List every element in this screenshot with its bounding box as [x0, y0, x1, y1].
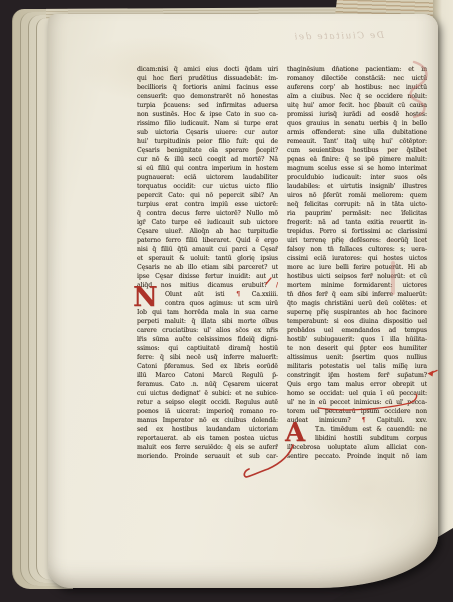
text-line: magnum scelus esse si se homo interimat [287, 164, 427, 173]
text-line: qui hoc fieri prudētius dissuadebāt: im- [137, 74, 278, 83]
text-line: illū Marco Catoni Marcū Regulū p̄- [137, 371, 278, 380]
text-line: promissi iurisq̄ iurādi ad eosdē hostes: [287, 110, 427, 119]
text-line: Cęsaris benignitate oīa sperare p̄cepit? [137, 146, 278, 155]
text-line: sed ex hostibus laudandam uictoriam [137, 425, 278, 434]
text-line: carere cruciatibus: ul' alios sc̄os ex n… [137, 326, 278, 335]
text-line: rissimo filio iudicauit. Nam si turpe er… [137, 119, 278, 128]
show-through-running-title: De Ciuitate dei [254, 31, 384, 43]
text-column-left: N dicam:nisi q̄ amici eius docti q̄dam u… [137, 65, 278, 461]
text-line: audeat inimicum? ¶ Capitulū. xxv. [287, 416, 427, 425]
text-line: auferens corp' ab hostibus: nec inuictū [287, 83, 427, 92]
text-line: temperabunt: si eos diuina dispositio ue… [287, 317, 427, 326]
text-line: tn̄ dn̄os ferr̄ q̄ eam sibi inferre malu… [287, 290, 427, 299]
text-line: militaris potestatis uel talis milīę iur… [287, 362, 427, 371]
text-line: pęnas eā finire: q̄ se ipē pimere maluit… [287, 155, 427, 164]
text-line: fregerit: nā ad tanta exitia reuertit in… [287, 218, 427, 227]
text-line: turpius erat contra impiū esse uictorē: [137, 200, 278, 209]
text-line: Catoni p̄feramus. Sed ex libris eorūdē [137, 362, 278, 371]
text-line: ul' ne in eū peccet inimicus: cū ul' pec… [287, 398, 427, 407]
text-line: uitę hui' amor fecit. hoc p̄bauit cū cau… [287, 101, 427, 110]
text-line: ferre: q̄ sibi necē usq̄ inferre maluerī… [137, 353, 278, 362]
text-line: poenos iā uicerat: imperioq̄ romano ro- [137, 407, 278, 416]
text-line: trepidus. Porro si fortissimi ac clariss… [287, 227, 427, 236]
text-line: paterno ferro filiū liberaret. Quid ē er… [137, 236, 278, 245]
text-line: Iob qui tam horrēda mala in sua carne [137, 308, 278, 317]
text-line: thaginēsium dn̄atione pacientiam: et in [287, 65, 427, 74]
text-line: nisi q̄ filiū q̄tū amauit cui parci a Cę… [137, 245, 278, 254]
text-line: quos grauius in senatu uerbis q̄ in bell… [287, 119, 427, 128]
text-line: aliq̄d nos mitius dicamus erubuit? / [137, 281, 278, 290]
text-column-right: A thaginēsium dn̄atione pacientiam: et i… [287, 65, 427, 461]
text-line: sub uictoria Cęsaris uiuere: cur autor [137, 128, 278, 137]
text-line: cur nō & illū secū coegit ad mortē? Nā [137, 155, 278, 164]
text-line: sentire peccato. Proinde inquit nō iam [287, 452, 427, 461]
photo-of-incunable-page: De Ciuitate dei N dicam:nisi q̄ amici ei… [0, 0, 453, 602]
text-line: aīm a ciuibus. Nec q̄ se occidere noluit… [287, 92, 427, 101]
text-line: romanoy dilectiōe constāciā: nec uictū [287, 74, 427, 83]
text-line: proculdubio iudicauit: inter suos oēs [287, 173, 427, 182]
text-line: libidini hostili subditum corpus [287, 434, 427, 443]
text-line: laudabiles: et uirtutis insignib' illust… [287, 182, 427, 191]
text-line: constringit ip̄m hostem ferr̄ sup̄atum? [287, 371, 427, 380]
text-line: te non deserit qui p̄pter eos humiliter [287, 344, 427, 353]
text-line: remeauit. Tant' itaq̄ uitę hui' cōtēptor… [287, 137, 427, 146]
text-line: more ac iure belli ferire potuerūt. Hi a… [287, 263, 427, 272]
text-line: non sustinēs. Hoc & ipse Cato in suo ca- [137, 110, 278, 119]
text-line: falsoy non tn̄ fallaces cultores: s; uer… [287, 245, 427, 254]
rubricated-initial-A: A [285, 421, 305, 445]
text-line: ssimos: qui captiuitatē diramq̄ hostiū [137, 344, 278, 353]
text-line: cui uictus dedignat' ē subici: et ne sub… [137, 389, 278, 398]
text-line: censuerīt: quo demonstrarēt nō honestas [137, 92, 278, 101]
text-line: mortem minime formidarent: uictores [287, 281, 427, 290]
text-line: lr̄is sūma auc̄te celsissimos fideiq̄ di… [137, 335, 278, 344]
text-line: Cęsare uiuer̄. Alioq̄n ab hac turpitudīe [137, 227, 278, 236]
text-line: cum seuientibus hostibus per q̄slibet [287, 146, 427, 155]
text-line: torem uel peccaturū ipsum occidere non [287, 407, 427, 416]
text-line: becillioris q̄ fortioris animi facinus e… [137, 83, 278, 92]
text-line: reportauerat. ab eis tamen postea uictus [137, 434, 278, 443]
text-line: retur a seipso elegit occidi. Regulus au… [137, 398, 278, 407]
text-line: T.n. timēdum est & cauendū: ne [287, 425, 427, 434]
text-line: manus Imperator nō ex ciuibus dolendā: [137, 416, 278, 425]
text-line: igr̄ Cato turpe eē iudicauit sub uictore [137, 218, 278, 227]
text-line: pepercit Cato: qui nō pepercit sibi? An [137, 191, 278, 200]
text-line: si eū filiū qui contra imperium in hoste… [137, 164, 278, 173]
text-line: cissimi eciā iuratores: qui hostes uicto… [287, 254, 427, 263]
text-line: illecebrosa uoluptate aīum alliciat con- [287, 443, 427, 452]
rubricated-initial-N: N [133, 286, 158, 310]
text-line: Olunt aūt isti ¶ Ca.xxiiii. [137, 290, 278, 299]
text-line: ipse Cęsar dixisse fertur inuidit: aut u… [137, 272, 278, 281]
text-line: et sperauit & uoluit: tantū glorię ipsiu… [137, 254, 278, 263]
text-line: supernę pr̄ię suspirantes ab hoc facinor… [287, 308, 427, 317]
text-line: Quis ergo tam malus error obrepit ut [287, 380, 427, 389]
text-line: probādos uel emendandos ad tempus [287, 326, 427, 335]
text-line: contra quos agimus: ut scm uirū [137, 299, 278, 308]
text-line: armis offenderat: sine ulla dubitatione [287, 128, 427, 137]
text-line: turpia p̄cauens: sed infirmitas aduersa [137, 101, 278, 110]
text-line: hui' turpitudinis peior filio fuit: qui … [137, 137, 278, 146]
text-line: q̄to magis christiāni uerū deū colētes: … [287, 299, 427, 308]
text-line: moriendo. Proinde seruauit et sub car- [137, 452, 278, 461]
text-line: pugnauerat: eciā uictorem laudabiliter [137, 173, 278, 182]
text-line: dicam:nisi q̄ amici eius docti q̄dam uir… [137, 65, 278, 74]
text-line: q̄ contra decus ferre uictorē? Nullo mō [137, 209, 278, 218]
text-line: perpeti maluit: q̄ illata sibi morte oīb… [137, 317, 278, 326]
text-line: hostib' subiugauerit: quos ī illa hūilit… [287, 335, 427, 344]
text-line: homo se occidat: uel quia ī eū peccauit: [287, 389, 427, 398]
text-line: uiri terrenę pr̄ię defēsores: deorūq̄ li… [287, 236, 427, 245]
text-line: torquatus occidit: cur uictus uicto fili… [137, 182, 278, 191]
text-line: hostibus uicti seipsos ferr̄ noluerūt: e… [287, 272, 427, 281]
text-line: maluit eos ferre seruiēdo: q̄ eis se auf… [137, 443, 278, 452]
text-line: uiros nō p̄ferūt romāi meliorem: quem [287, 191, 427, 200]
text-line: neq̄ felicitas corrupit: nā in tāta uict… [287, 200, 427, 209]
text-line: feramus. Cato .n. nūq̄ Cęsarem uicerat [137, 380, 278, 389]
text-line: ria pauprim' permāsit: nec īfelicitas [287, 209, 427, 218]
text-line: Cęsaris ne ab illo etiam sibi parceret? … [137, 263, 278, 272]
text-line: altissimus uenit: p̄sertim quos nullius [287, 353, 427, 362]
book-page: De Ciuitate dei N dicam:nisi q̄ amici ei… [48, 14, 438, 588]
